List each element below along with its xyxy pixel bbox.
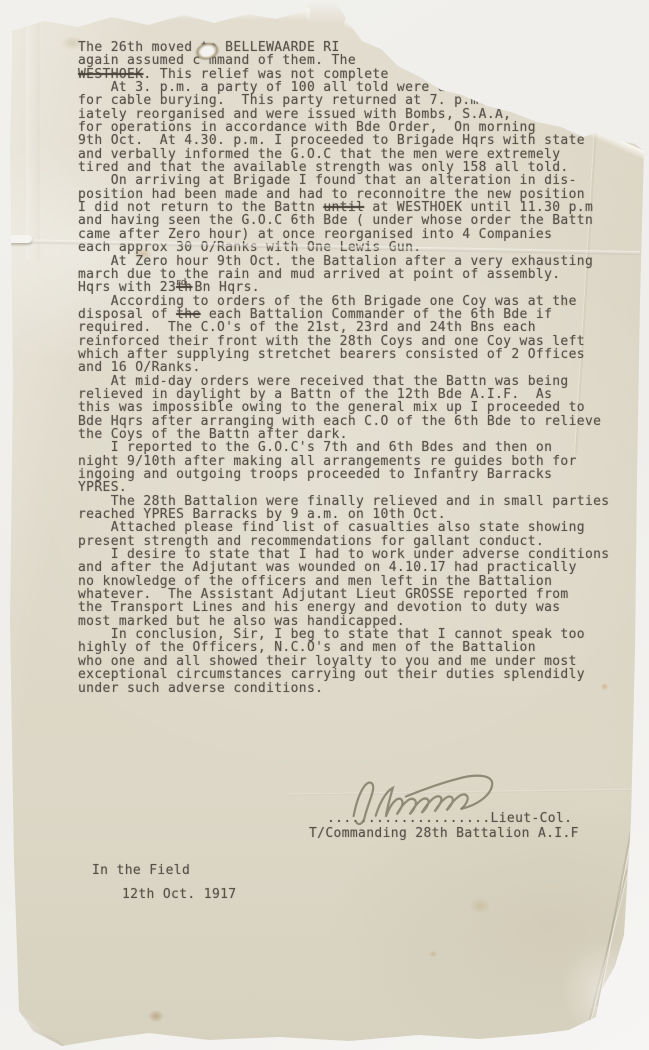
body-line: exceptional circumstances carrying out t… <box>78 668 609 681</box>
bottom-left-fold <box>16 1002 68 1048</box>
body-line: and after the Adjutant was wounded on 4.… <box>78 561 609 574</box>
body-line: again assumed c mmand of them. The <box>78 54 609 67</box>
body-line: highly of the Officers, N.C.O's and men … <box>78 641 609 654</box>
struck-text: the <box>176 307 201 322</box>
struck-text: WESTHOEK <box>78 67 143 82</box>
bottom-right-crumple-highlight <box>560 940 649 1040</box>
body-line: I reported to the G.O.C's 7th and 6th Bd… <box>78 441 609 454</box>
body-line: On arriving at Brigade I found that an a… <box>78 174 609 187</box>
body-line: Bde Hqrs after arranging with each C.O o… <box>78 415 609 428</box>
torn-paper-tab <box>306 0 346 24</box>
torn-top-edge <box>10 8 310 20</box>
body-line: the Transport Lines and his energy and d… <box>78 601 609 614</box>
body-line: each approx 30 O/Ranks with One Lewis Gu… <box>78 241 609 254</box>
body-line: According to orders of the 6th Brigade o… <box>78 295 609 308</box>
body-line: and having seen the G.O.C 6th Bde ( unde… <box>78 214 609 227</box>
body-line: this was impossible owing to the general… <box>78 401 609 414</box>
stain <box>466 896 494 916</box>
stain <box>146 1008 166 1024</box>
bottom-right-crease <box>596 780 642 1006</box>
body-line: YPRES. <box>78 481 609 494</box>
body-line: 9th Oct. At 4.30. p.m. I proceeded to Br… <box>78 134 609 147</box>
dateline-place: In the Field <box>92 864 190 877</box>
left-fold-crease <box>26 0 40 260</box>
struck-text: until <box>323 200 364 215</box>
overtyped-correction: rd <box>175 278 186 288</box>
bottom-right-crease <box>584 870 628 1040</box>
document-body: The 26th moved to BELLEWAARDE RIagain as… <box>78 41 609 695</box>
body-line: ingoing and outgoing troops proceeded to… <box>78 468 609 481</box>
left-edge-tear <box>4 235 32 243</box>
body-line: and 16 O/Ranks. <box>78 361 609 374</box>
body-line: for cable burying. This party returned a… <box>78 94 609 107</box>
body-line: required. The C.O's of the 21st, 23rd an… <box>78 321 609 334</box>
body-line: Hqrs with 23thrd Bn Hqrs. <box>78 281 609 294</box>
stain <box>420 56 466 78</box>
body-line: At mid-day orders were received that the… <box>78 375 609 388</box>
body-line: At Zero hour 9th Oct. the Battalion afte… <box>78 255 609 268</box>
paper-sheet: The 26th moved to BELLEWAARDE RIagain as… <box>0 0 649 1050</box>
stain <box>428 950 438 958</box>
body-line: night 9/10th after making all arrangemen… <box>78 455 609 468</box>
body-line: Attached please find list of casualties … <box>78 521 609 534</box>
body-line: reinforced their front with the 28th Coy… <box>78 335 609 348</box>
dateline-date: 12th Oct. 1917 <box>122 888 236 901</box>
body-line: under such adverse conditions. <box>78 682 609 695</box>
